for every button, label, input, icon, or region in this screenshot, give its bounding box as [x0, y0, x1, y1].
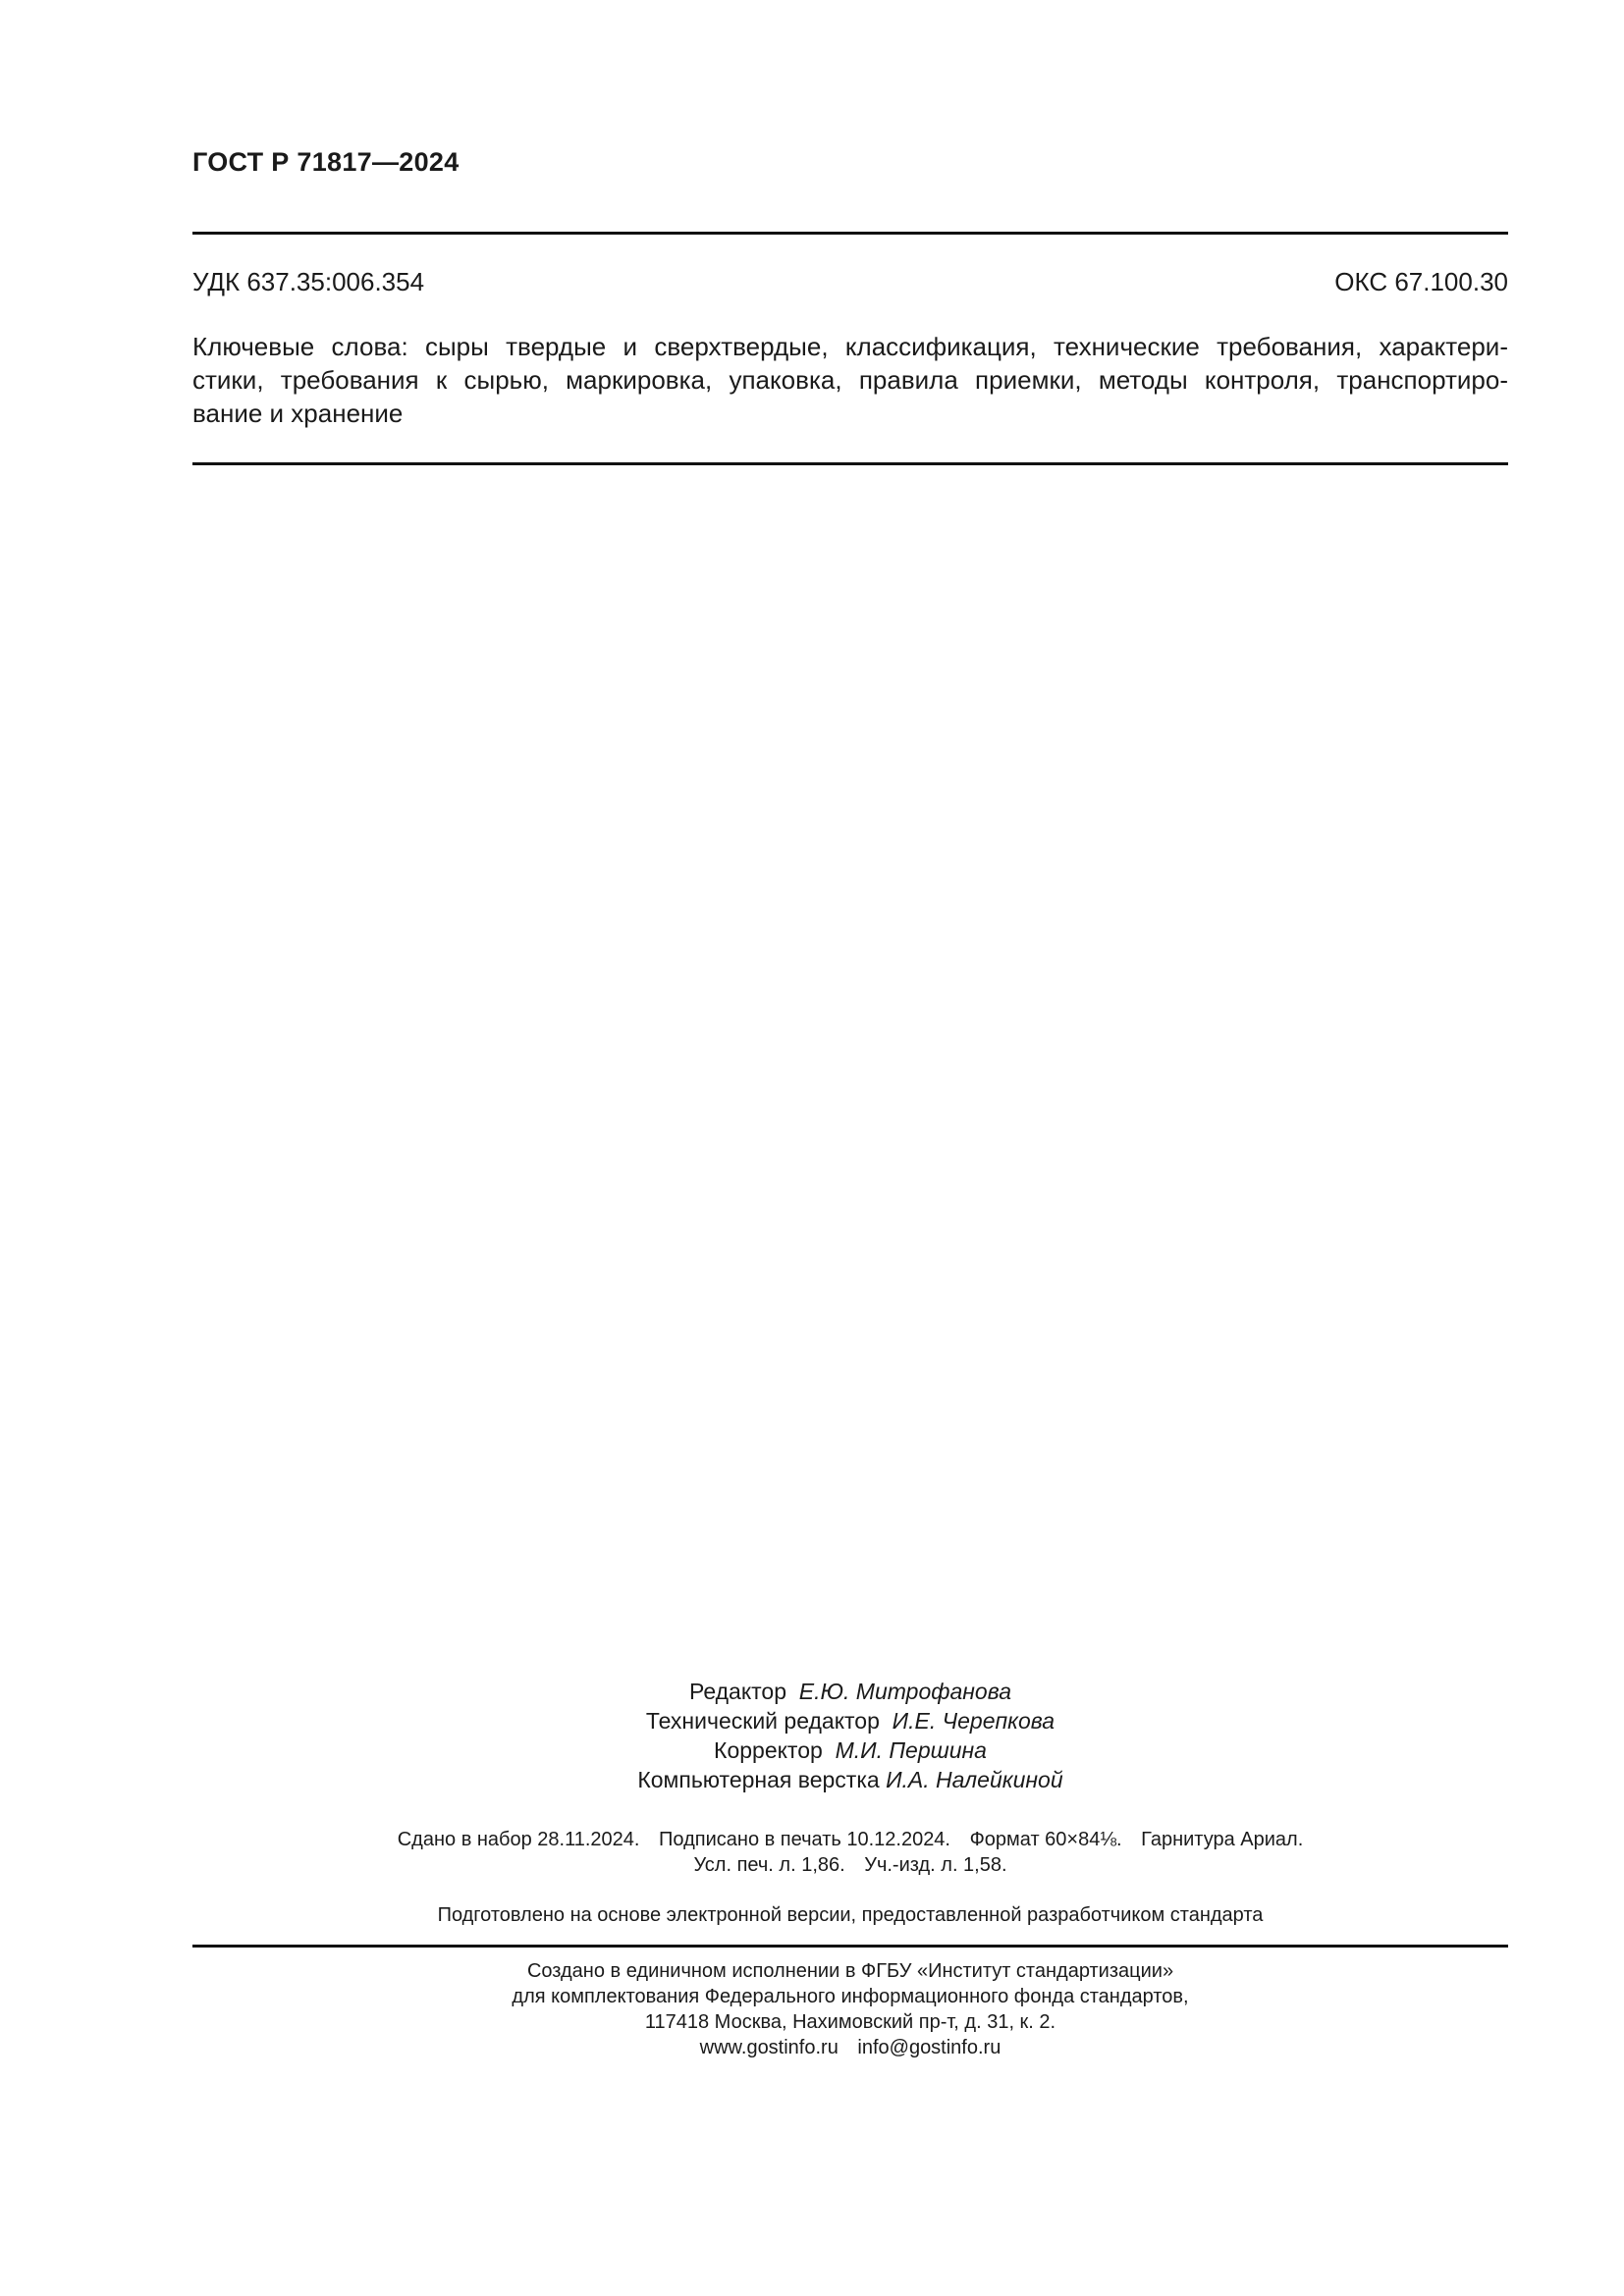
publisher-contacts: www.gostinfo.ru info@gostinfo.ru [192, 2035, 1508, 2060]
publisher-line: 117418 Москва, Нахимовский пр-т, д. 31, … [192, 2009, 1508, 2035]
keywords-line: вание и хранение [192, 397, 1508, 430]
email-link[interactable]: info@gostinfo.ru [857, 2037, 1001, 2058]
print-info: Сдано в набор 28.11.2024. Подписано в пе… [192, 1827, 1508, 1878]
publication-sheets: Уч.-изд. л. 1,58. [864, 1854, 1006, 1876]
credit-name: И.А. Налейкиной [886, 1767, 1063, 1792]
credit-role: Корректор [714, 1737, 823, 1763]
oks-code: ОКС 67.100.30 [1334, 267, 1508, 297]
udk-code: УДК 637.35:006.354 [192, 267, 424, 297]
credit-role: Технический редактор [646, 1708, 880, 1734]
signed-date: Подписано в печать 10.12.2024. [659, 1829, 950, 1850]
credit-name: Е.Ю. Митрофанова [799, 1679, 1011, 1704]
prepared-note: Подготовлено на основе электронной верси… [192, 1904, 1508, 1927]
credit-role: Компьютерная верстка [637, 1767, 879, 1792]
credit-editor: Редактор Е.Ю. Митрофанова [192, 1677, 1508, 1706]
credit-role: Редактор [689, 1679, 786, 1704]
website-link[interactable]: www.gostinfo.ru [700, 2037, 839, 2058]
keywords-divider [192, 462, 1508, 465]
publisher-line: для комплектования Федерального информац… [192, 1984, 1508, 2009]
keywords-line: стики, требования к сырью, маркировка, у… [192, 363, 1508, 397]
keywords-line: Ключевые слова: сыры твердые и сверхтвер… [192, 330, 1508, 363]
typeface: Гарнитура Ариал. [1141, 1829, 1303, 1850]
print-info-line-1: Сдано в набор 28.11.2024. Подписано в пе… [192, 1827, 1508, 1852]
credit-name: М.И. Першина [836, 1737, 987, 1763]
footer-divider [192, 1945, 1508, 1948]
credit-proofreader: Корректор М.И. Першина [192, 1735, 1508, 1765]
credit-technical-editor: Технический редактор И.Е. Черепкова [192, 1706, 1508, 1735]
paper-format: Формат 60×84⅛. [970, 1829, 1122, 1850]
credit-layout: Компьютерная верстка И.А. Налейкиной [192, 1765, 1508, 1794]
publisher-line: Создано в единичном исполнении в ФГБУ «И… [192, 1958, 1508, 1984]
publisher-block: Создано в единичном исполнении в ФГБУ «И… [192, 1958, 1508, 2060]
print-sheets: Усл. печ. л. 1,86. [693, 1854, 844, 1876]
keywords-paragraph: Ключевые слова: сыры твердые и сверхтвер… [192, 330, 1508, 430]
submitted-date: Сдано в набор 28.11.2024. [398, 1829, 640, 1850]
print-info-line-2: Усл. печ. л. 1,86. Уч.-изд. л. 1,58. [192, 1852, 1508, 1878]
standard-id-heading: ГОСТ Р 71817—2024 [192, 147, 460, 178]
top-divider [192, 232, 1508, 235]
credit-name: И.Е. Черепкова [893, 1708, 1055, 1734]
credits-block: Редактор Е.Ю. Митрофанова Технический ре… [192, 1677, 1508, 1794]
